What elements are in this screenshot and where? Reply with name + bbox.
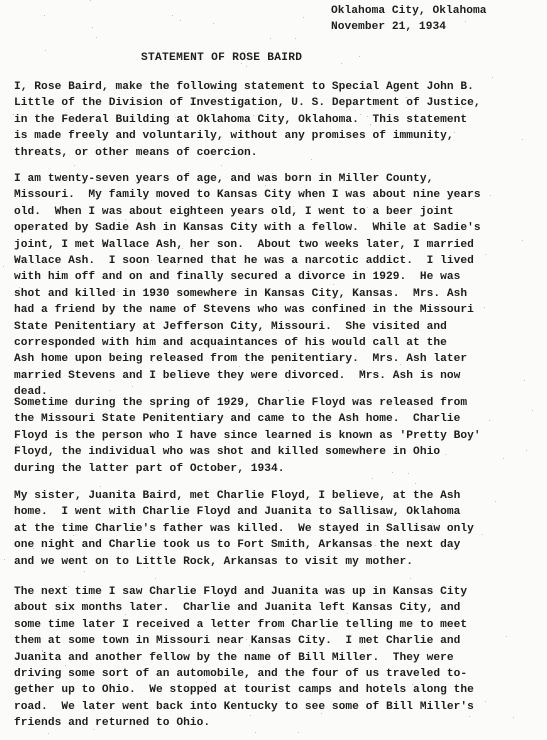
text-line: threats, or other means of coercion. — [14, 145, 544, 161]
header-place: Oklahoma City, Oklahoma — [331, 3, 487, 19]
text-line: in the Federal Building at Oklahoma City… — [14, 112, 544, 128]
text-line: Ash home upon being released from the pe… — [14, 351, 544, 367]
text-line: Wallace Ash. I soon learned that he was … — [14, 253, 544, 269]
text-line: and we went on to Little Rock, Arkansas … — [14, 554, 544, 570]
text-line: Floyd, the individual who was shot and k… — [14, 444, 544, 460]
text-line: them at some town in Missouri near Kansa… — [14, 633, 544, 649]
text-line: had a friend by the name of Stevens who … — [14, 302, 544, 318]
text-line: Little of the Division of Investigation,… — [14, 95, 544, 111]
text-line: Juanita and another fellow by the name o… — [14, 650, 544, 666]
text-line: about six months later. Charlie and Juan… — [14, 600, 544, 616]
document-header: Oklahoma City, Oklahoma November 21, 193… — [331, 3, 487, 35]
paragraph-sallisaw-trip: My sister, Juanita Baird, met Charlie Fl… — [14, 488, 544, 570]
text-line: shot and killed in 1930 somewhere in Kan… — [14, 286, 544, 302]
paragraph-ohio-trip: The next time I saw Charlie Floyd and Ju… — [14, 584, 544, 732]
text-line: operated by Sadie Ash in Kansas City wit… — [14, 220, 544, 236]
text-line: with him off and on and finally secured … — [14, 269, 544, 285]
text-line: some time later I received a letter from… — [14, 617, 544, 633]
text-line: Floyd is the person who I have since lea… — [14, 428, 544, 444]
text-line: old. When I was about eighteen years old… — [14, 204, 544, 220]
text-line: State Penitentiary at Jefferson City, Mi… — [14, 319, 544, 335]
document-title: STATEMENT OF ROSE BAIRD — [141, 52, 302, 64]
text-line: road. We later went back into Kentucky t… — [14, 699, 544, 715]
paragraph-background: I am twenty-seven years of age, and was … — [14, 171, 544, 400]
text-line: the Missouri State Penitentiary and came… — [14, 411, 544, 427]
text-line: corresponded with him and acquaintances … — [14, 335, 544, 351]
document-page: Oklahoma City, Oklahoma November 21, 193… — [0, 0, 547, 740]
text-line: home. I went with Charlie Floyd and Juan… — [14, 504, 544, 520]
text-line: Sometime during the spring of 1929, Char… — [14, 395, 544, 411]
text-line: My sister, Juanita Baird, met Charlie Fl… — [14, 488, 544, 504]
text-line: Missouri. My family moved to Kansas City… — [14, 187, 544, 203]
header-date: November 21, 1934 — [331, 19, 487, 35]
text-line: I, Rose Baird, make the following statem… — [14, 79, 544, 95]
text-line: joint, I met Wallace Ash, her son. About… — [14, 237, 544, 253]
text-line: married Stevens and I believe they were … — [14, 368, 544, 384]
text-line: at the time Charlie's father was killed.… — [14, 521, 544, 537]
paragraph-preamble: I, Rose Baird, make the following statem… — [14, 79, 544, 161]
text-line: I am twenty-seven years of age, and was … — [14, 171, 544, 187]
text-line: one night and Charlie took us to Fort Sm… — [14, 537, 544, 553]
text-line: gether up to Ohio. We stopped at tourist… — [14, 682, 544, 698]
text-line: driving some sort of an automobile, and … — [14, 666, 544, 682]
text-line: during the latter part of October, 1934. — [14, 461, 544, 477]
text-line: The next time I saw Charlie Floyd and Ju… — [14, 584, 544, 600]
text-line: is made freely and voluntarily, without … — [14, 128, 544, 144]
paragraph-floyd-release: Sometime during the spring of 1929, Char… — [14, 395, 544, 477]
